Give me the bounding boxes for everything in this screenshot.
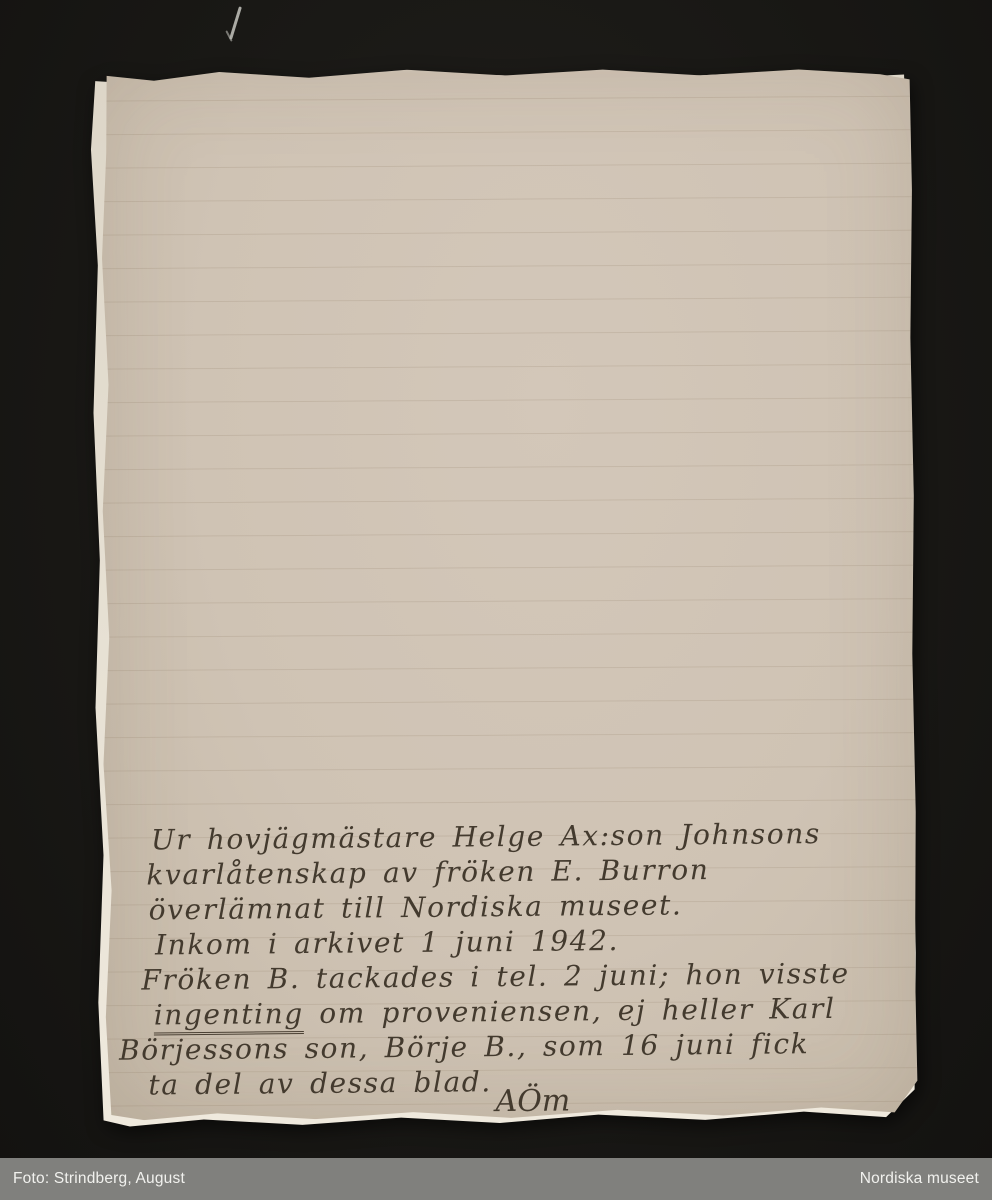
- manuscript-line-text: om proveniensen, ej heller Karl: [304, 992, 836, 1030]
- lined-manuscript-page: Ur hovjägmästare Helge Ax:son Johnsons k…: [97, 64, 919, 1123]
- photographer-credit: Foto: Strindberg, August: [13, 1170, 185, 1188]
- manuscript-line: Ur hovjägmästare Helge Ax:son Johnsons: [137, 815, 903, 857]
- underlined-word: ingenting: [154, 997, 304, 1035]
- caption-bar: Foto: Strindberg, August Nordiska museet: [0, 1158, 992, 1200]
- handwritten-note: Ur hovjägmästare Helge Ax:son Johnsons k…: [137, 815, 906, 1122]
- institution-name: Nordiska museet: [860, 1170, 979, 1188]
- paper-stack: Ur hovjägmästare Helge Ax:son Johnsons k…: [0, 0, 992, 1200]
- photograph-of-document: Ur hovjägmästare Helge Ax:son Johnsons k…: [0, 0, 992, 1200]
